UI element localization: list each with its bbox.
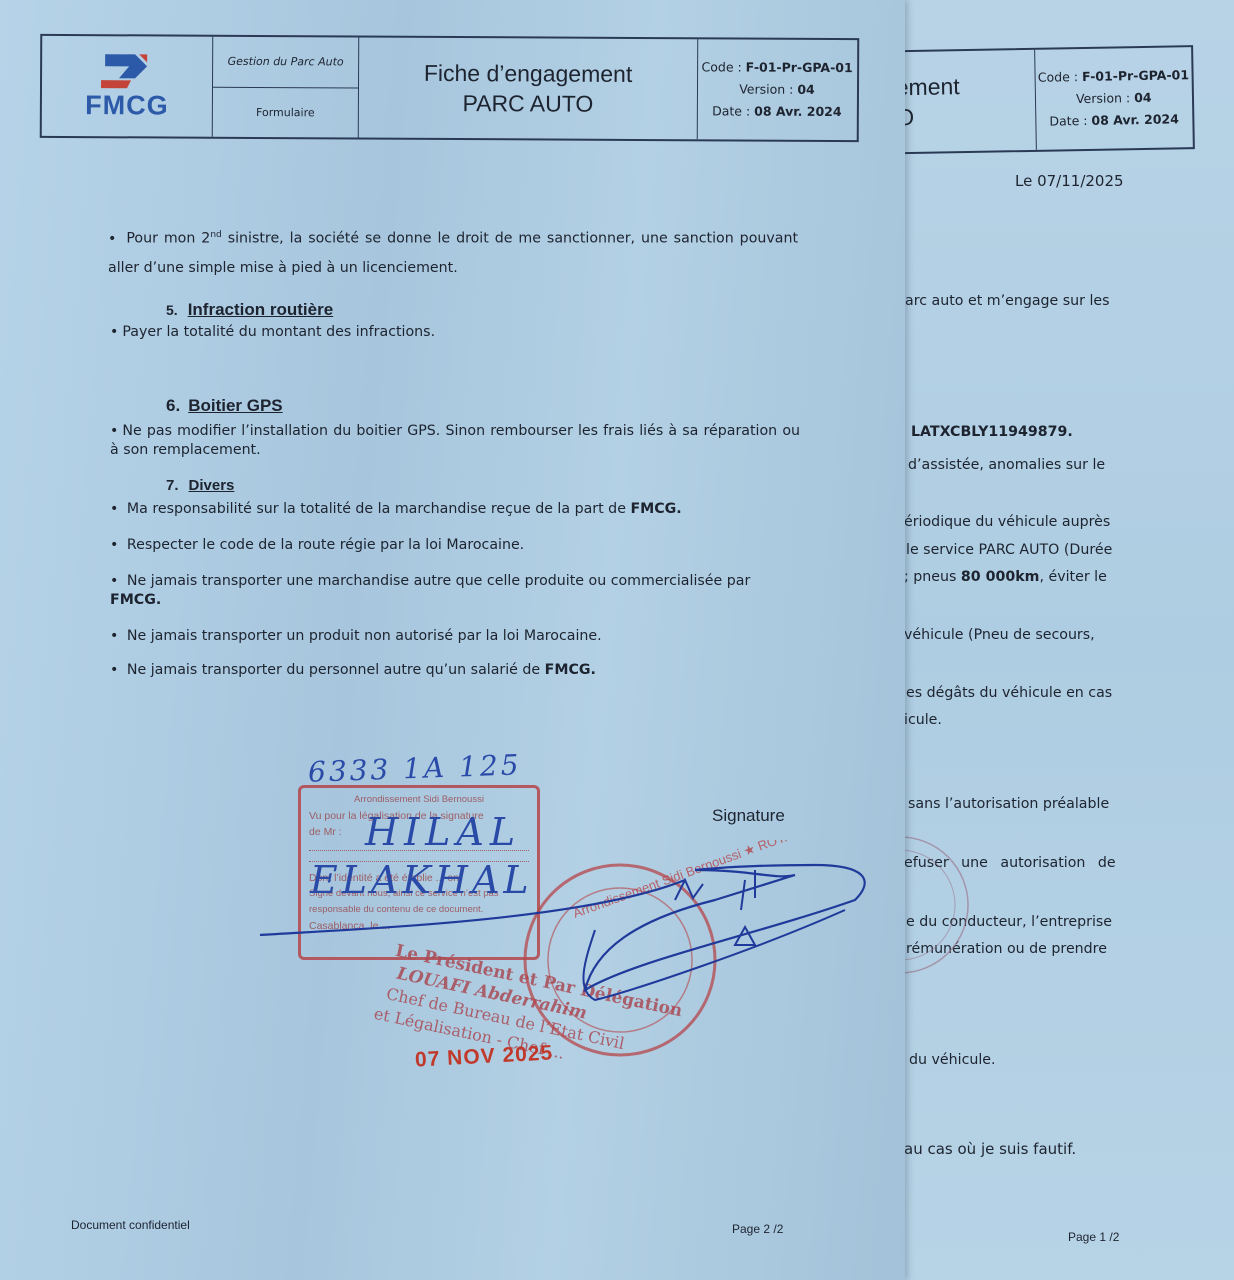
doc-type-label: Formulaire — [213, 87, 358, 137]
department-label: Gestion du Parc Auto — [213, 37, 358, 88]
back-line: du véhicule. — [909, 1051, 996, 1070]
back-code-block: Code : F-01-Pr-GPA-01 Version : 04 Date … — [1035, 47, 1193, 150]
back-line: arc auto et m’engage sur les — [905, 292, 1110, 311]
section-5-bullet: Payer la totalité du montant des infract… — [110, 323, 435, 342]
stamp-header: Arrondissement Sidi Bernoussi — [309, 792, 529, 808]
back-line: icule. — [904, 711, 942, 730]
section-6-heading: 6.Boitier GPS — [166, 396, 283, 416]
section-5-heading: 5.Infraction routière — [166, 300, 333, 320]
section-7-heading: 7.Divers — [166, 477, 234, 494]
back-line-km: ; pneus 80 000km, éviter le — [904, 568, 1107, 587]
signature-label: Signature — [712, 806, 785, 825]
section-7-bullet: Ma responsabilité sur la totalité de la … — [110, 500, 682, 519]
back-line: le service PARC AUTO (Durée — [906, 541, 1112, 560]
doc-version: Version : 04 — [739, 79, 815, 101]
front-page: FMCG Gestion du Parc Auto Formulaire Fic… — [0, 0, 905, 1280]
back-date-line: Le 07/11/2025 — [1015, 172, 1124, 191]
logo-wordmark: FMCG — [85, 90, 169, 121]
fmcg-logo: FMCG — [42, 36, 214, 137]
confidential-label: Document confidentiel — [71, 1218, 190, 1232]
signature-and-seal-icon: Arrondissement Sidi Bernoussi ★ ROYAUME … — [255, 840, 875, 1060]
front-page-number: Page 2 /2 — [732, 1222, 783, 1236]
back-page-number: Page 1 /2 — [1068, 1230, 1119, 1244]
section-7-bullet: Ne jamais transporter un produit non aut… — [110, 627, 602, 646]
back-vin: LATXCBLY11949879. — [911, 423, 1073, 442]
back-code: Code : F-01-Pr-GPA-01 — [1038, 64, 1190, 89]
back-line: ériodique du véhicule auprès — [904, 513, 1110, 532]
back-header-table: ement O Code : F-01-Pr-GPA-01 Version : … — [859, 45, 1195, 155]
front-header-table: FMCG Gestion du Parc Auto Formulaire Fic… — [40, 34, 860, 142]
back-version: Version : 04 — [1076, 87, 1152, 110]
section-7-bullet: Respecter le code de la route régie par … — [110, 536, 524, 555]
fmcg-arrow-logo-icon — [101, 52, 153, 90]
section-7-bullet: Ne jamais transporter une marchandise au… — [110, 572, 800, 610]
doc-date: Date : 08 Avr. 2024 — [712, 100, 842, 123]
section-6-bullet: Ne pas modifier l’installation du boitie… — [110, 422, 800, 460]
back-line: au cas où je suis fautif. — [904, 1140, 1076, 1159]
code-block: Code : F-01-Pr-GPA-01 Version : 04 Date … — [698, 39, 857, 140]
section-7-bullet: Ne jamais transporter du personnel autre… — [110, 661, 596, 680]
back-line: sans l’autorisation préalable — [908, 795, 1109, 814]
document-title: Fiche d’engagement PARC AUTO — [359, 38, 699, 140]
intro-bullet: Pour mon 2nd sinistre, la société se don… — [108, 221, 798, 283]
back-page: ement O Code : F-01-Pr-GPA-01 Version : … — [880, 0, 1234, 1280]
back-title-part-1: ement — [895, 71, 959, 102]
title-line-1: Fiche d’engagement — [424, 58, 633, 89]
back-date: Date : 08 Avr. 2024 — [1049, 108, 1179, 132]
back-line: d’assistée, anomalies sur le — [908, 456, 1105, 475]
title-line-2: PARC AUTO — [462, 88, 593, 119]
handwritten-id-number: 6333 1A 125 — [307, 748, 522, 788]
meta-block: Gestion du Parc Auto Formulaire — [213, 37, 360, 138]
back-line: véhicule (Pneu de secours, — [904, 626, 1095, 645]
doc-code: Code : F-01-Pr-GPA-01 — [701, 56, 852, 79]
back-line: es dégâts du véhicule en cas — [906, 684, 1112, 703]
